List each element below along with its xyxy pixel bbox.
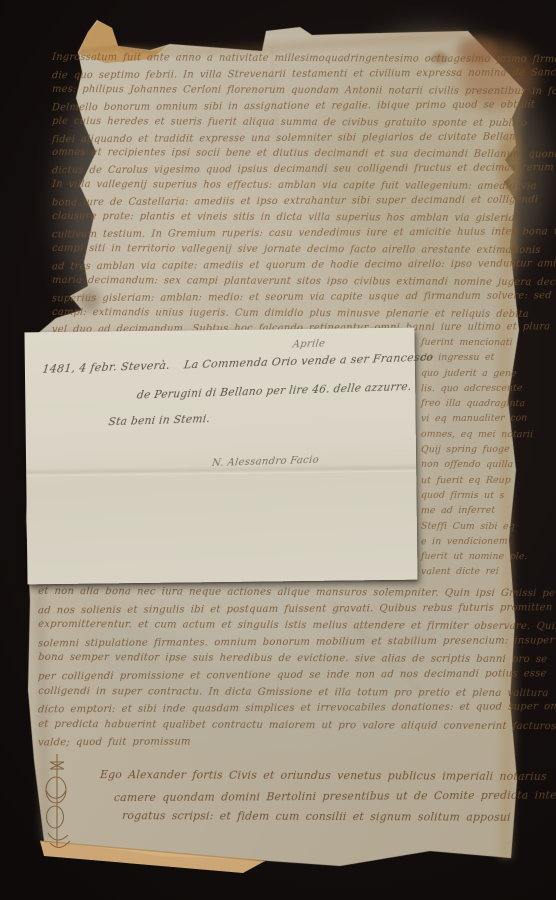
slip-summary-line-1: La Commenda Orio vende a ser Francesco <box>183 351 434 372</box>
manuscript-photo: Ingrossatum fuit ante anno a nativitate … <box>0 0 556 900</box>
slip-signature: N. Alessandro Facio <box>211 455 319 469</box>
slip-summary-line-3: Sta beni in Stemi. <box>108 413 211 428</box>
slip-date-and-summary: 1481, 4 febr. Steverà.La Commenda Orio v… <box>42 351 435 376</box>
slip-summary-line-2: de Perugini di Bellano per lire 46. dell… <box>136 381 412 402</box>
archivist-slip: Aprile 1481, 4 febr. Steverà.La Commenda… <box>24 328 417 585</box>
slip-month-note: Aprile <box>292 338 326 350</box>
slip-date-note: 1481, 4 febr. Steverà. <box>42 359 171 376</box>
